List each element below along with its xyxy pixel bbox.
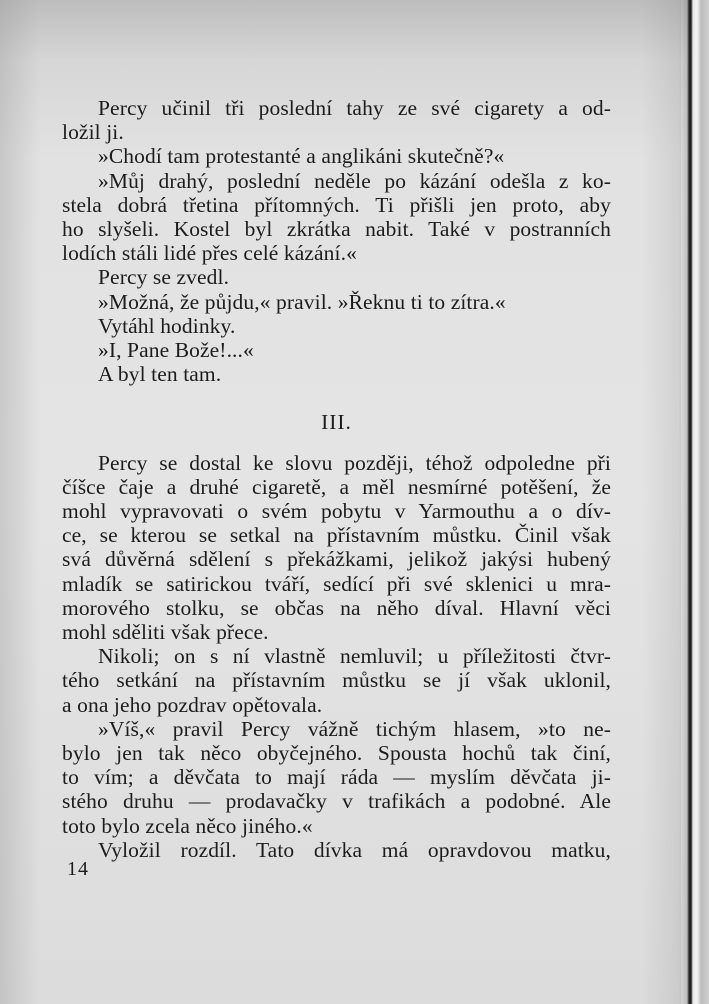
section-heading: III. <box>62 410 611 434</box>
text-line: lodích stáli lidé přes celé kázání.« <box>62 241 611 265</box>
text-line: mladík se satirickou tváří, sedící při s… <box>62 572 611 596</box>
text-line: a ona jeho pozdrav opětovala. <box>62 693 611 717</box>
paragraph: Percy se zvedl. <box>62 265 611 289</box>
text-line: ho slyšeli. Kostel byl zkrátka nabit. Ta… <box>62 217 611 241</box>
text-line: »Víš,« pravil Percy vážně tichým hlasem,… <box>62 717 611 741</box>
book-binding-edge <box>679 0 709 1004</box>
paragraph: Vytáhl hodinky. <box>62 314 611 338</box>
binding-shadow <box>641 0 681 1004</box>
text-line: ce, se kterou se setkal na přístavním mů… <box>62 523 611 547</box>
text-line: Nikoli; on s ní vlastně nemluvil; u příl… <box>62 644 611 668</box>
page-number: 14 <box>67 858 89 881</box>
text-line: stého druhu — prodavačky v trafikách a p… <box>62 789 611 813</box>
text-line: »Možná, že půjdu,« pravil. »Řeknu ti to … <box>62 290 611 314</box>
text-line: Percy se dostal ke slovu později, téhož … <box>62 451 611 475</box>
text-line: svá důvěrná sdělení s překážkami, jeliko… <box>62 547 611 571</box>
text-line: tého setkání na přístavním můstku se jí … <box>62 668 611 692</box>
body-text: Percy učinil tři poslední tahy ze své ci… <box>62 96 611 862</box>
paragraph: »Můj drahý, poslední neděle po kázání od… <box>62 169 611 266</box>
text-line: číšce čaje a druhé cigaretě, a měl nesmí… <box>62 475 611 499</box>
text-line: A byl ten tam. <box>62 362 611 386</box>
paragraph: A byl ten tam. <box>62 362 611 386</box>
page-shadow-left <box>0 0 40 1004</box>
paragraph: Percy se dostal ke slovu později, téhož … <box>62 451 611 645</box>
text-line: to vím; a děvčata to mají ráda — myslím … <box>62 765 611 789</box>
paragraph: »Možná, že půjdu,« pravil. »Řeknu ti to … <box>62 290 611 314</box>
paragraph: »Chodí tam protestanté a anglikáni skute… <box>62 144 611 168</box>
paragraph: Nikoli; on s ní vlastně nemluvil; u příl… <box>62 644 611 717</box>
paragraph: »I, Pane Bože!...« <box>62 338 611 362</box>
text-line: Vytáhl hodinky. <box>62 314 611 338</box>
text-line: »Chodí tam protestanté a anglikáni skute… <box>62 144 611 168</box>
text-line: stela dobrá třetina přítomných. Ti přišl… <box>62 193 611 217</box>
text-line: Percy se zvedl. <box>62 265 611 289</box>
text-line: Percy učinil tři poslední tahy ze své ci… <box>62 96 611 120</box>
paragraph: »Víš,« pravil Percy vážně tichým hlasem,… <box>62 717 611 838</box>
paragraph: Percy učinil tři poslední tahy ze své ci… <box>62 96 611 144</box>
text-line: mohl sděliti však přece. <box>62 620 611 644</box>
text-line: bylo jen tak něco obyčejného. Spousta ho… <box>62 741 611 765</box>
paragraph: Vyložil rozdíl. Tato dívka má opravdovou… <box>62 838 611 862</box>
text-line: »I, Pane Bože!...« <box>62 338 611 362</box>
text-line: mohl vypravovati o svém pobytu v Yarmout… <box>62 499 611 523</box>
text-line: morového stolku, se občas na něho díval.… <box>62 596 611 620</box>
text-line: toto bylo zcela něco jiného.« <box>62 814 611 838</box>
text-line: »Můj drahý, poslední neděle po kázání od… <box>62 169 611 193</box>
text-line: ložil ji. <box>62 120 611 144</box>
text-line: Vyložil rozdíl. Tato dívka má opravdovou… <box>62 838 611 862</box>
